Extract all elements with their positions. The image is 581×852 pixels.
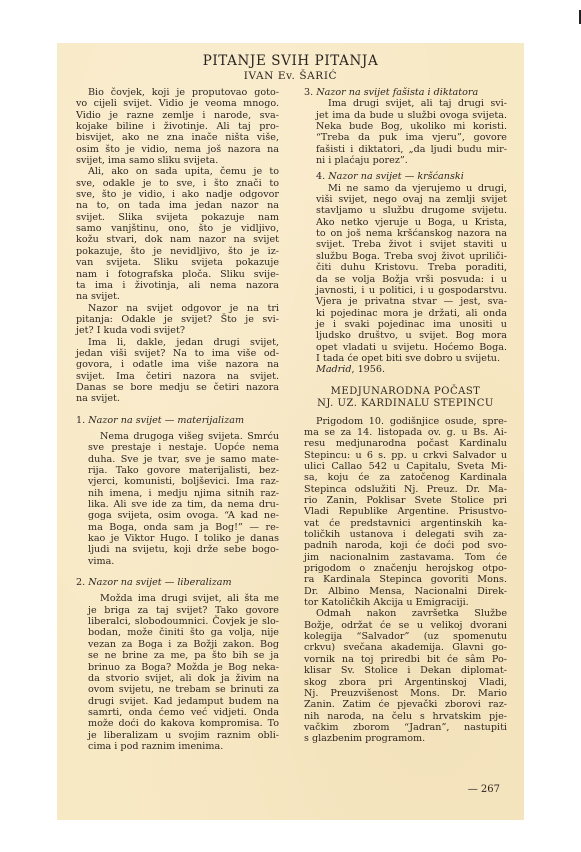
text-line: Ali, ako on sada upita, čemu je to xyxy=(76,166,279,177)
text-line: službu Boga. Treba svoj život upriliči- xyxy=(304,251,507,262)
text-line: kolegija “Salvador” (uz spomenutu xyxy=(304,631,507,642)
section-body-materijalizam: Nema drugoga višeg svijeta. Smrćusve pre… xyxy=(76,431,279,567)
text-line: ulici Callao 542 u Capitalu, Sveta Mi- xyxy=(304,461,507,472)
text-line: pitanja: Odakle je svijet? Što je svi- xyxy=(76,314,279,325)
text-line: opet vladati u svijetu. Hoćemo Boga. xyxy=(304,342,507,353)
paragraph: Bio čovjek, koji je proputovao goto-vo c… xyxy=(76,87,279,166)
article2-title-line1: MEDJUNARODNA POČAST xyxy=(304,386,507,399)
text-line: nih imena, i medju njima sitnih raz- xyxy=(76,488,279,499)
text-line: Možda ima drugi svijet, ali šta me xyxy=(76,593,279,604)
text-line: svijet, ima samo sliku svijeta. xyxy=(76,155,279,166)
article-title: PITANJE SVIH PITANJA xyxy=(57,54,524,69)
text-line: vjerci, komunisti, boljševici. Ima raz- xyxy=(76,476,279,487)
text-line: samrti, onda ćemo već vidjeti. Onda xyxy=(76,707,279,718)
section-body-krscanski: Mi ne samo da vjerujemo u drugi,viši svi… xyxy=(304,183,507,365)
text-line: ta ima i životinja, ali nema nazora xyxy=(76,280,279,291)
text-line: crkvu) svečana akademija. Glavni go- xyxy=(304,642,507,653)
text-line: ovom svijetu, ne trebam se brinuti za xyxy=(76,684,279,695)
text-line: vornik na toj priredbi bit će sâm Po- xyxy=(304,654,507,665)
text-line: jim nacionalnim zastavama. Tom će xyxy=(304,552,507,563)
text-line: Odmah nakon završetka Službe xyxy=(304,608,507,619)
text-line: Vidio je razne zemlje i narode, sva- xyxy=(76,110,279,121)
text-line: osim što je vidio, nema još nazora na xyxy=(76,144,279,155)
text-line: rija. Tako govore materijalisti, bez- xyxy=(76,465,279,476)
signature-place: Madrid xyxy=(316,364,351,375)
paragraph: Odmah nakon završetka SlužbeBožje, održa… xyxy=(304,608,507,744)
text-line: vačkim zborom “Jadran”, nastupiti xyxy=(304,722,507,733)
text-line: Nj. Preuzvišenost Mons. Dr. Mario xyxy=(304,688,507,699)
text-line: bodan, može činiti što ga volja, nije xyxy=(76,627,279,638)
text-line: jet ima da bude u službi ovoga svijeta. xyxy=(304,110,507,121)
text-line: Vjera je privatna stvar — jest, sva- xyxy=(304,296,507,307)
text-line: pokazuje, što je nevidljivo, što je iz- xyxy=(76,246,279,257)
text-line: duha. Sve je tvar, sve je samo mate- xyxy=(76,454,279,465)
section-heading-materijalizam: 1. Nazor na svijet — materijalizam xyxy=(76,415,279,426)
text-line: Danas se bore medju se četiri nazora xyxy=(76,382,279,393)
text-line: Stepincu: u 6 s. pp. u crkvi Salvador u xyxy=(304,450,507,461)
section-heading-text: Nazor na svijet — liberalizam xyxy=(88,577,231,588)
text-line: ljudsko društvo, u svijet. Bog mora xyxy=(304,330,507,341)
text-line: Ako netko vjeruje u Boga, u Krista, xyxy=(304,217,507,228)
text-line: samo vanjštinu, ono, što je vidljivo, xyxy=(76,223,279,234)
text-line: ljudi na svijetu, koji drže sebe bogo- xyxy=(76,544,279,555)
left-column: Bio čovjek, koji je proputovao goto-vo c… xyxy=(76,87,279,752)
text-line: Nazor na svijet odgovor je na tri xyxy=(76,303,279,314)
right-column: 3. Nazor na svijet fašista i diktatora I… xyxy=(304,87,507,745)
text-line: Bio čovjek, koji je proputovao goto- xyxy=(76,87,279,98)
text-line: se ne brine za me, pa što bih se ja xyxy=(76,650,279,661)
text-line: da se volja Božja vrši posvuda: i u xyxy=(304,274,507,285)
text-line: kožu stvari, dok nam nazor na svijet xyxy=(76,234,279,245)
text-line: Dr. Albino Mensa, Nacionalni Direk- xyxy=(304,586,507,597)
text-line: bisvijet, ako ne zna inače ništa više, xyxy=(76,132,279,143)
text-line: stavljamo u službu drugome svijetu. xyxy=(304,205,507,216)
text-line: Prigodom 10. godišnjice osude, spre- xyxy=(304,416,507,427)
text-line: na svijet. xyxy=(76,291,279,302)
intro-text: Bio čovjek, koji je proputovao goto-vo c… xyxy=(76,87,279,405)
text-line: s glazbenim programom. xyxy=(304,733,507,744)
text-line: vima. xyxy=(76,556,279,567)
paragraph: Ima drugi svijet, ali taj drugi svi-jet … xyxy=(304,98,507,166)
text-line: fašisti i diktatori, „da ljudi budu mir- xyxy=(304,144,507,155)
text-line: Ima li, dakle, jedan drugi svijet, xyxy=(76,337,279,348)
text-line: tor Katoličkih Akcija u Emigraciji. xyxy=(304,597,507,608)
text-line: viši svijet, nego ovaj na zemlji svijet xyxy=(304,194,507,205)
text-line: van svijeta. Sliku svijeta pokazuje xyxy=(76,257,279,268)
page-number: — 267 xyxy=(468,784,500,795)
text-line: lika. Ali sve ide za tim, da nema dru- xyxy=(76,499,279,510)
text-line: ni i plaćaju porez”. xyxy=(304,155,507,166)
text-line: resu medjunarodna počast Kardinalu xyxy=(304,438,507,449)
text-line: ra Kardinala Stepinca govoriti Mons. xyxy=(304,574,507,585)
text-line: Ima drugi svijet, ali taj drugi svi- xyxy=(304,98,507,109)
section-number: 3. xyxy=(304,87,313,98)
text-line: sve, odakle je to sve, i što znači to xyxy=(76,178,279,189)
text-line: vo cijeli svijet. Vidio je veoma mnogo. xyxy=(76,98,279,109)
text-line: sve prestaje i nestaje. Uopće nema xyxy=(76,442,279,453)
paragraph: Nema drugoga višeg svijeta. Smrćusve pre… xyxy=(76,431,279,567)
section-body-liberalizam: Možda ima drugi svijet, ali šta meje bri… xyxy=(76,593,279,752)
section-number: 4. xyxy=(316,171,325,182)
text-line: kao je Viktor Hugo. I toliko je danas xyxy=(76,533,279,544)
text-line: ki pojedinac mora je držati, ali onda xyxy=(304,308,507,319)
text-line: da stvorio svijet, ali dok ja živim na xyxy=(76,673,279,684)
text-line: svijet. Treba život i svijet staviti u xyxy=(304,239,507,250)
text-line: na to, on tada ima jedan nazor na xyxy=(76,200,279,211)
text-line: govora, i odatle ima više nazora na xyxy=(76,359,279,370)
section-heading-krscanski: 4. Nazor na svijet — kršćanski xyxy=(304,171,507,182)
text-line: nam i fotografska ploča. Sliku svije- xyxy=(76,269,279,280)
text-line: je i svaki pojedinac ima unositi u xyxy=(304,319,507,330)
text-line: Zanin. Zatim će pjevački zborovi raz- xyxy=(304,699,507,710)
section-heading-text: Nazor na svijet fašista i diktatora xyxy=(316,87,478,98)
paragraph: Mi ne samo da vjerujemo u drugi,viši svi… xyxy=(304,183,507,365)
text-line: Božje, održat će se u velikoj dvorani xyxy=(304,620,507,631)
text-line: na svijet. xyxy=(76,393,279,404)
signature-year: , 1956. xyxy=(351,364,385,375)
text-line: cima i pod raznim imenima. xyxy=(76,741,279,752)
signature-line: Madrid, 1956. xyxy=(304,364,507,375)
text-line: toličkih ustanova i delegati svih za- xyxy=(304,529,507,540)
text-line: padnih naroda, koji će doći pod svo- xyxy=(304,540,507,551)
text-line: može doći do kakova kompromisa. To xyxy=(76,718,279,729)
text-line: svijet. Ima četiri nazora na svijet. xyxy=(76,371,279,382)
text-line: Neka bude Bog, ukoliko mi koristi. xyxy=(304,121,507,132)
text-line: goga svijeta, osim ovoga. “A kad ne- xyxy=(76,510,279,521)
paragraph: Nazor na svijet odgovor je na tripitanja… xyxy=(76,303,279,337)
text-line: sa, koju će za zatočenog Kardinala xyxy=(304,472,507,483)
text-line: jet? I kuda vodi svijet? xyxy=(76,325,279,336)
text-line: rio Zanin, Poklisar Svete Stolice pri xyxy=(304,495,507,506)
text-line: drugi svijet. Kad jedamput budem na xyxy=(76,696,279,707)
section-heading-text: Nazor na svijet — kršćanski xyxy=(328,171,464,182)
article-author: IVAN Ev. ŠARIĆ xyxy=(57,70,524,82)
section-number: 2. xyxy=(76,577,85,588)
text-line: Mi ne samo da vjerujemo u drugi, xyxy=(304,183,507,194)
text-line: “Treba da puk ima vjeru”, govore xyxy=(304,132,507,143)
text-line: brinuo za Boga? Možda je Bog neka- xyxy=(76,662,279,673)
text-line: je liberalizam u svojim raznim obli- xyxy=(76,730,279,741)
text-line: je briga za taj svijet? Tako govore xyxy=(76,605,279,616)
text-line: Nema drugoga višeg svijeta. Smrću xyxy=(76,431,279,442)
text-line: to on još nema kršćanskog nazora na xyxy=(304,228,507,239)
text-line: ma Boga, onda sam ja Bog!” — re- xyxy=(76,522,279,533)
magazine-page: PITANJE SVIH PITANJA IVAN Ev. ŠARIĆ Bio … xyxy=(57,43,524,820)
text-line: javnosti, i u politici, i u gospodarstvu… xyxy=(304,285,507,296)
section-heading-text: Nazor na svijet — materijalizam xyxy=(88,415,244,426)
text-line: Stepinca odslužiti Nj. Preuz. Dr. Ma- xyxy=(304,484,507,495)
text-line: I tada će opet biti sve dobro u svijetu. xyxy=(304,353,507,364)
text-line: Vladi Republike Argentine. Prisustvo- xyxy=(304,506,507,517)
text-line: skog zbora pri Argentinskoj Vladi, xyxy=(304,677,507,688)
section-number: 1. xyxy=(76,415,85,426)
text-line: svijet. Slika svijeta pokazuje nam xyxy=(76,212,279,223)
text-line: prigodom o značenju herojskog otpo- xyxy=(304,563,507,574)
text-line: vezan za Boga i za Božji zakon. Bog xyxy=(76,639,279,650)
text-line: klisar Sv. Stolice i Dekan diplomat- xyxy=(304,665,507,676)
text-line: sve, što je vidio, i ako nadje odgovor xyxy=(76,189,279,200)
text-line: kojake biline i životinje. Ali taj pro- xyxy=(76,121,279,132)
text-line: vat će predstavnici argentinskih ka- xyxy=(304,518,507,529)
paragraph: Možda ima drugi svijet, ali šta meje bri… xyxy=(76,593,279,752)
text-line: čiti duhu Kristovu. Treba poraditi, xyxy=(304,262,507,273)
paragraph: Ali, ako on sada upita, čemu je tosve, o… xyxy=(76,166,279,302)
text-line: liberalci, slobodoumnici. Čovjek je slo- xyxy=(76,616,279,627)
section-heading-fasizam: 3. Nazor na svijet fašista i diktatora xyxy=(304,87,507,98)
paragraph: Prigodom 10. godišnjice osude, spre-ma s… xyxy=(304,416,507,609)
section-body-fasizam: Ima drugi svijet, ali taj drugi svi-jet … xyxy=(304,98,507,166)
text-line: ma se za 14. listopada ov. g. u Bs. Ai- xyxy=(304,427,507,438)
article2-title-line2: NJ. UZ. KARDINALU STEPINCU xyxy=(304,398,507,411)
section-heading-liberalizam: 2. Nazor na svijet — liberalizam xyxy=(76,577,279,588)
article2-body: Prigodom 10. godišnjice osude, spre-ma s… xyxy=(304,416,507,745)
text-line: nih naroda, na čelu s hrvatskim pje- xyxy=(304,711,507,722)
paragraph: Ima li, dakle, jedan drugi svijet,jedan … xyxy=(76,337,279,405)
text-line: jedan viši svijet? Na to ima više od- xyxy=(76,348,279,359)
